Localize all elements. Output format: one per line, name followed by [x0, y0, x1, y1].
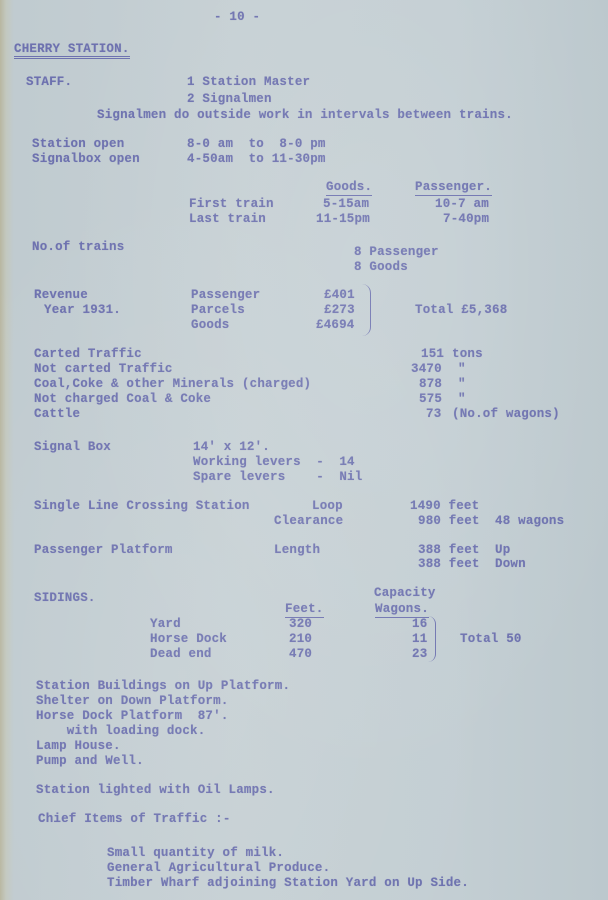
revenue-total: Total £5,368 — [415, 303, 507, 317]
platform-down: 388 feet Down — [418, 557, 526, 571]
last-train-goods: 11-15pm — [316, 212, 370, 226]
chief-item: General Agricultural Produce. — [107, 861, 330, 875]
traffic-unit: " — [458, 377, 466, 391]
signal-box-working-levers: Working levers - 14 — [193, 455, 355, 469]
first-train-goods: 5-15am — [323, 197, 369, 211]
lighting-note: Station lighted with Oil Lamps. — [36, 783, 275, 797]
sidings-brace — [428, 616, 436, 662]
page-number: - 10 - — [214, 10, 260, 24]
revenue-item-amount: £4694 — [316, 318, 355, 332]
building-line: Lamp House. — [36, 739, 121, 753]
crossing-clearance-value: 980 feet 48 wagons — [418, 514, 564, 528]
revenue-item-name: Goods — [191, 318, 230, 332]
page-title: CHERRY STATION. — [14, 42, 130, 59]
traffic-value: 3470 — [411, 362, 442, 376]
typed-document-page: - 10 - CHERRY STATION. STAFF. 1 Station … — [0, 0, 608, 900]
chief-item: Timber Wharf adjoining Station Yard on U… — [107, 876, 469, 890]
platform-up: 388 feet Up — [418, 543, 510, 557]
siding-feet: 320 — [289, 617, 312, 631]
staff-line-1: 1 Station Master — [187, 75, 310, 89]
platform-length-label: Length — [274, 543, 320, 557]
building-line: Shelter on Down Platform. — [36, 694, 229, 708]
traffic-unit: tons — [452, 347, 483, 361]
station-open-value: 8-0 am to 8-0 pm — [187, 137, 326, 151]
signalbox-open-label: Signalbox open — [32, 152, 140, 166]
no-of-trains-goods: 8 Goods — [354, 260, 408, 274]
signal-box-label: Signal Box — [34, 440, 111, 454]
sidings-label: SIDINGS. — [34, 591, 96, 605]
signal-box-spare-levers: Spare levers - Nil — [193, 470, 362, 484]
revenue-brace — [362, 284, 371, 336]
no-of-trains-passenger: 8 Passenger — [354, 245, 439, 259]
building-line: Pump and Well. — [36, 754, 144, 768]
staff-label: STAFF. — [26, 75, 72, 89]
platform-label: Passenger Platform — [34, 543, 173, 557]
traffic-value: 151 — [421, 347, 444, 361]
siding-wagons: 23 — [412, 647, 427, 661]
traffic-value: 73 — [426, 407, 441, 421]
traffic-label: Cattle — [34, 407, 80, 421]
traffic-unit: " — [458, 392, 466, 406]
crossing-loop-label: Loop — [312, 499, 343, 513]
first-train-passenger: 10-7 am — [435, 197, 489, 211]
building-line: Horse Dock Platform 87'. — [36, 709, 229, 723]
last-train-passenger: 7-40pm — [443, 212, 489, 226]
traffic-unit: (No.of wagons) — [452, 407, 560, 421]
crossing-label: Single Line Crossing Station — [34, 499, 250, 513]
siding-name: Yard — [150, 617, 181, 631]
siding-wagons: 16 — [412, 617, 427, 631]
traffic-label: Coal,Coke & other Minerals (charged) — [34, 377, 311, 391]
no-of-trains-label: No.of trains — [32, 240, 124, 254]
traffic-value: 575 — [419, 392, 442, 406]
traffic-label: Carted Traffic — [34, 347, 142, 361]
siding-feet: 470 — [289, 647, 312, 661]
traffic-value: 878 — [419, 377, 442, 391]
passenger-header: Passenger. — [415, 180, 492, 196]
signal-box-size: 14' x 12'. — [193, 440, 270, 454]
siding-name: Dead end — [150, 647, 212, 661]
traffic-label: Not charged Coal & Coke — [34, 392, 211, 406]
revenue-label: Revenue — [34, 288, 88, 302]
sidings-wagons-header: Wagons. — [375, 602, 429, 618]
revenue-item-amount: £401 — [324, 288, 355, 302]
first-train-label: First train — [189, 197, 274, 211]
building-line: with loading dock. — [36, 724, 205, 738]
crossing-clearance-label: Clearance — [274, 514, 343, 528]
siding-feet: 210 — [289, 632, 312, 646]
revenue-item-name: Passenger — [191, 288, 260, 302]
staff-line-2: 2 Signalmen — [187, 92, 272, 106]
building-line: Station Buildings on Up Platform. — [36, 679, 290, 693]
last-train-label: Last train — [189, 212, 266, 226]
siding-wagons: 11 — [412, 632, 427, 646]
sidings-total: Total 50 — [460, 632, 522, 646]
sidings-capacity-header: Capacity — [374, 586, 436, 600]
goods-header: Goods. — [326, 180, 372, 196]
chief-item: Small quantity of milk. — [107, 846, 284, 860]
crossing-loop-value: 1490 feet — [410, 499, 479, 513]
signalbox-open-value: 4-50am to 11-30pm — [187, 152, 326, 166]
chief-items-label: Chief Items of Traffic :- — [38, 812, 231, 826]
staff-note: Signalmen do outside work in intervals b… — [97, 108, 513, 122]
revenue-item-name: Parcels — [191, 303, 245, 317]
sidings-feet-header: Feet. — [285, 602, 324, 618]
revenue-year: Year 1931. — [44, 303, 121, 317]
traffic-label: Not carted Traffic — [34, 362, 173, 376]
siding-name: Horse Dock — [150, 632, 227, 646]
station-open-label: Station open — [32, 137, 124, 151]
traffic-unit: " — [458, 362, 466, 376]
revenue-item-amount: £273 — [324, 303, 355, 317]
